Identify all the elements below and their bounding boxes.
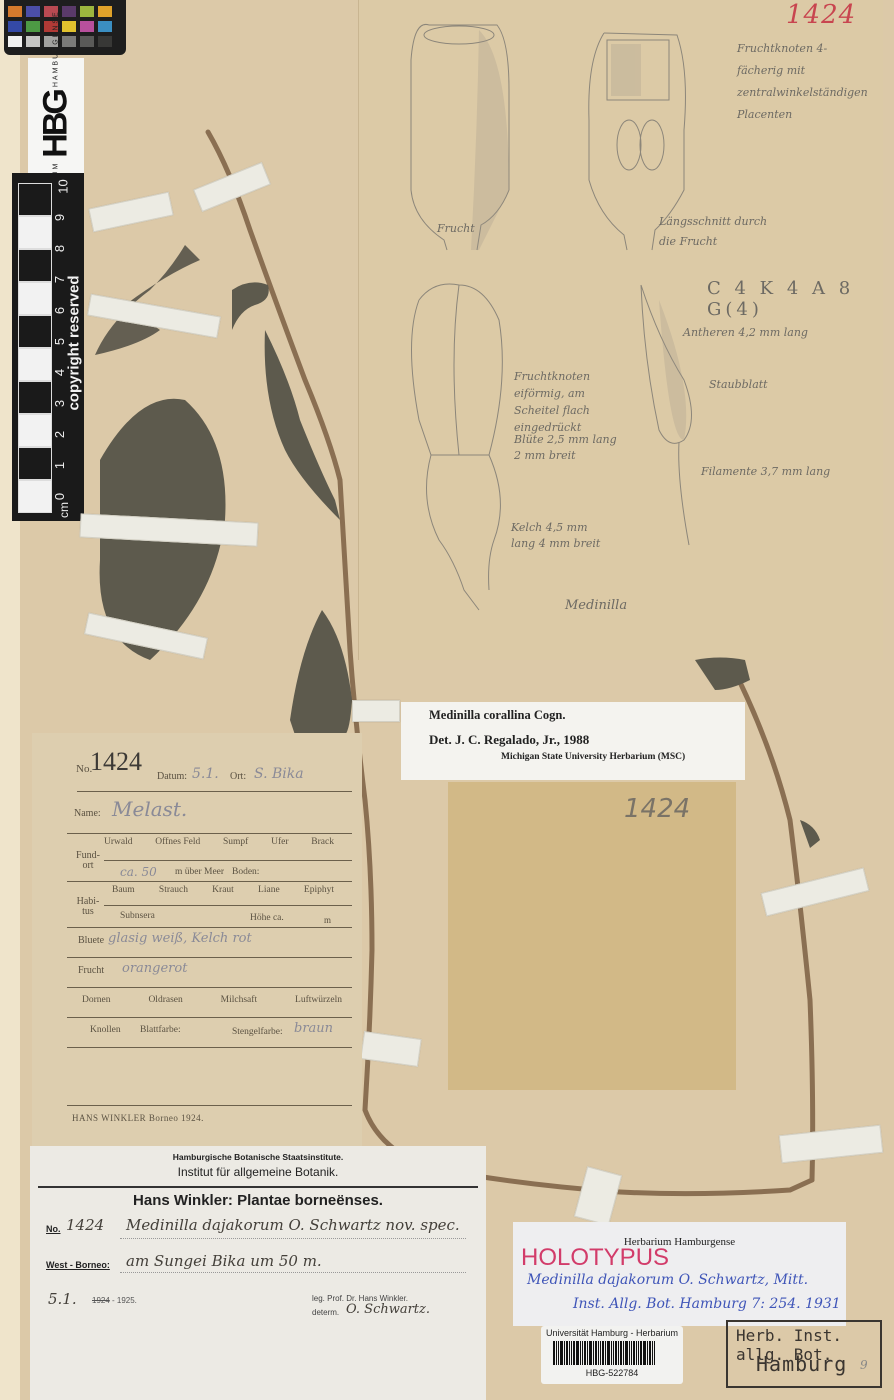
field-collection-label: No. 1424 Datum: 5.1. Ort: S. Bika Name: … <box>32 733 362 1153</box>
form-cell: Sumpf <box>223 837 248 847</box>
form-cell: Baum <box>112 885 135 895</box>
det-taxon: Medinilla corallina Cogn. <box>429 708 565 723</box>
determ-value: O. Schwartz. <box>346 1302 430 1317</box>
barcode-label: Universität Hamburg - Herbarium HBG-5227… <box>541 1326 683 1384</box>
elevation-suffix: m über Meer <box>175 867 224 877</box>
fundort-label: Fund-ort <box>74 851 102 871</box>
department-name: Institut für allgemeine Botanik. <box>30 1165 486 1179</box>
collection-label-winkler: Hamburgische Botanische Staatsinstitute.… <box>30 1146 486 1400</box>
barcode-bars <box>553 1341 671 1365</box>
name-label: Name: <box>74 808 101 819</box>
holotype-citation-line1: Medinilla dajakorum O. Schwartz, Mitt. <box>527 1272 808 1288</box>
date-year: - 1925. <box>112 1296 137 1305</box>
det-institution: Michigan State University Herbarium (MSC… <box>501 752 685 762</box>
holotype-label: Herbarium Hamburgense HOLOTYPUS Medinill… <box>513 1222 846 1326</box>
form-cell: Oldrasen <box>148 995 182 1005</box>
ort-label: Ort: <box>230 771 246 782</box>
winkler-no-label: No. <box>46 1224 61 1234</box>
stamp-line2: Hamburg <box>756 1352 847 1376</box>
barcode-id: HBG-522784 <box>541 1368 683 1378</box>
datum-label: Datum: <box>157 771 187 782</box>
habitus-options: BaumStrauchKrautLianeEpiphyt <box>112 885 334 895</box>
determ-label: determ. <box>312 1308 339 1317</box>
winkler-taxon: Medinilla dajakorum O. Schwartz nov. spe… <box>126 1216 460 1234</box>
form-cell: Ufer <box>271 837 288 847</box>
form-cell: Kraut <box>212 885 234 895</box>
form-cell: Luftwürzeln <box>295 995 342 1005</box>
barcode-title: Universität Hamburg - Herbarium <box>541 1328 683 1338</box>
det-determiner: Det. J. C. Regalado, Jr., 1988 <box>429 732 589 748</box>
bluete-label: Bluete <box>78 935 104 946</box>
date-year-struck: 1924 <box>92 1296 110 1305</box>
ort-value: S. Bika <box>254 766 304 782</box>
datum-value: 5.1. <box>192 766 219 782</box>
form-cell: Dornen <box>82 995 111 1005</box>
form-cell: Urwald <box>104 837 133 847</box>
form-cell: Offnes Feld <box>155 837 200 847</box>
habitus-label: Habi-tus <box>74 897 102 917</box>
holotype-status: HOLOTYPUS <box>521 1244 669 1272</box>
subnsera-label: Subnsera <box>120 911 155 921</box>
fragment-envelope[interactable]: 1424 <box>448 782 736 1090</box>
bluete-value: glasig weiß, Kelch rot <box>108 931 252 946</box>
boden-label: Boden: <box>232 867 259 877</box>
holotype-citation-line2: Inst. Allg. Bot. Hamburg 7: 254. 1931 <box>573 1296 841 1312</box>
field-number: 1424 <box>90 747 142 777</box>
stengelfarbe-value: braun <box>294 1021 333 1036</box>
institute-name: Hamburgische Botanische Staatsinstitute. <box>30 1152 486 1162</box>
form-cell: Epiphyt <box>304 885 334 895</box>
form-cell: Milchsaft <box>221 995 257 1005</box>
hoehe-unit: m <box>324 915 331 925</box>
region-label: West - Borneo: <box>46 1260 110 1270</box>
dornen-row: DornenOldrasenMilchsaftLuftwürzeln <box>82 995 342 1005</box>
hoehe-label: Höhe ca. <box>250 913 284 923</box>
stamp-mark: 9 <box>860 1358 868 1372</box>
collector-footer: HANS WINKLER Borneo 1924. <box>72 1113 204 1123</box>
mounting-tape <box>352 700 400 722</box>
determination-label: Medinilla corallina Cogn. Det. J. C. Reg… <box>401 702 745 780</box>
knollen-label: Knollen <box>90 1025 121 1035</box>
locality: am Sungei Bika um 50 m. <box>126 1252 322 1270</box>
frucht-value: orangerot <box>122 961 187 976</box>
form-cell: Strauch <box>159 885 188 895</box>
envelope-number: 1424 <box>624 794 690 824</box>
form-cell: Brack <box>311 837 334 847</box>
winkler-number: 1424 <box>66 1216 104 1234</box>
form-cell: Liane <box>258 885 280 895</box>
blattfarbe-label: Blattfarbe: <box>140 1025 181 1035</box>
collection-title: Hans Winkler: Plantae borneënses. <box>30 1192 486 1209</box>
fundort-options: UrwaldOffnes FeldSumpfUferBrack <box>104 837 334 847</box>
elevation-value: ca. 50 <box>120 865 157 879</box>
frucht-label: Frucht <box>78 965 104 976</box>
name-value: Melast. <box>112 797 187 821</box>
institution-stamp: Herb. Inst. allg. Bot. Hamburg 9 <box>726 1320 882 1388</box>
date-day: 5.1. <box>48 1290 77 1308</box>
stengelfarbe-label: Stengelfarbe: <box>232 1027 283 1037</box>
